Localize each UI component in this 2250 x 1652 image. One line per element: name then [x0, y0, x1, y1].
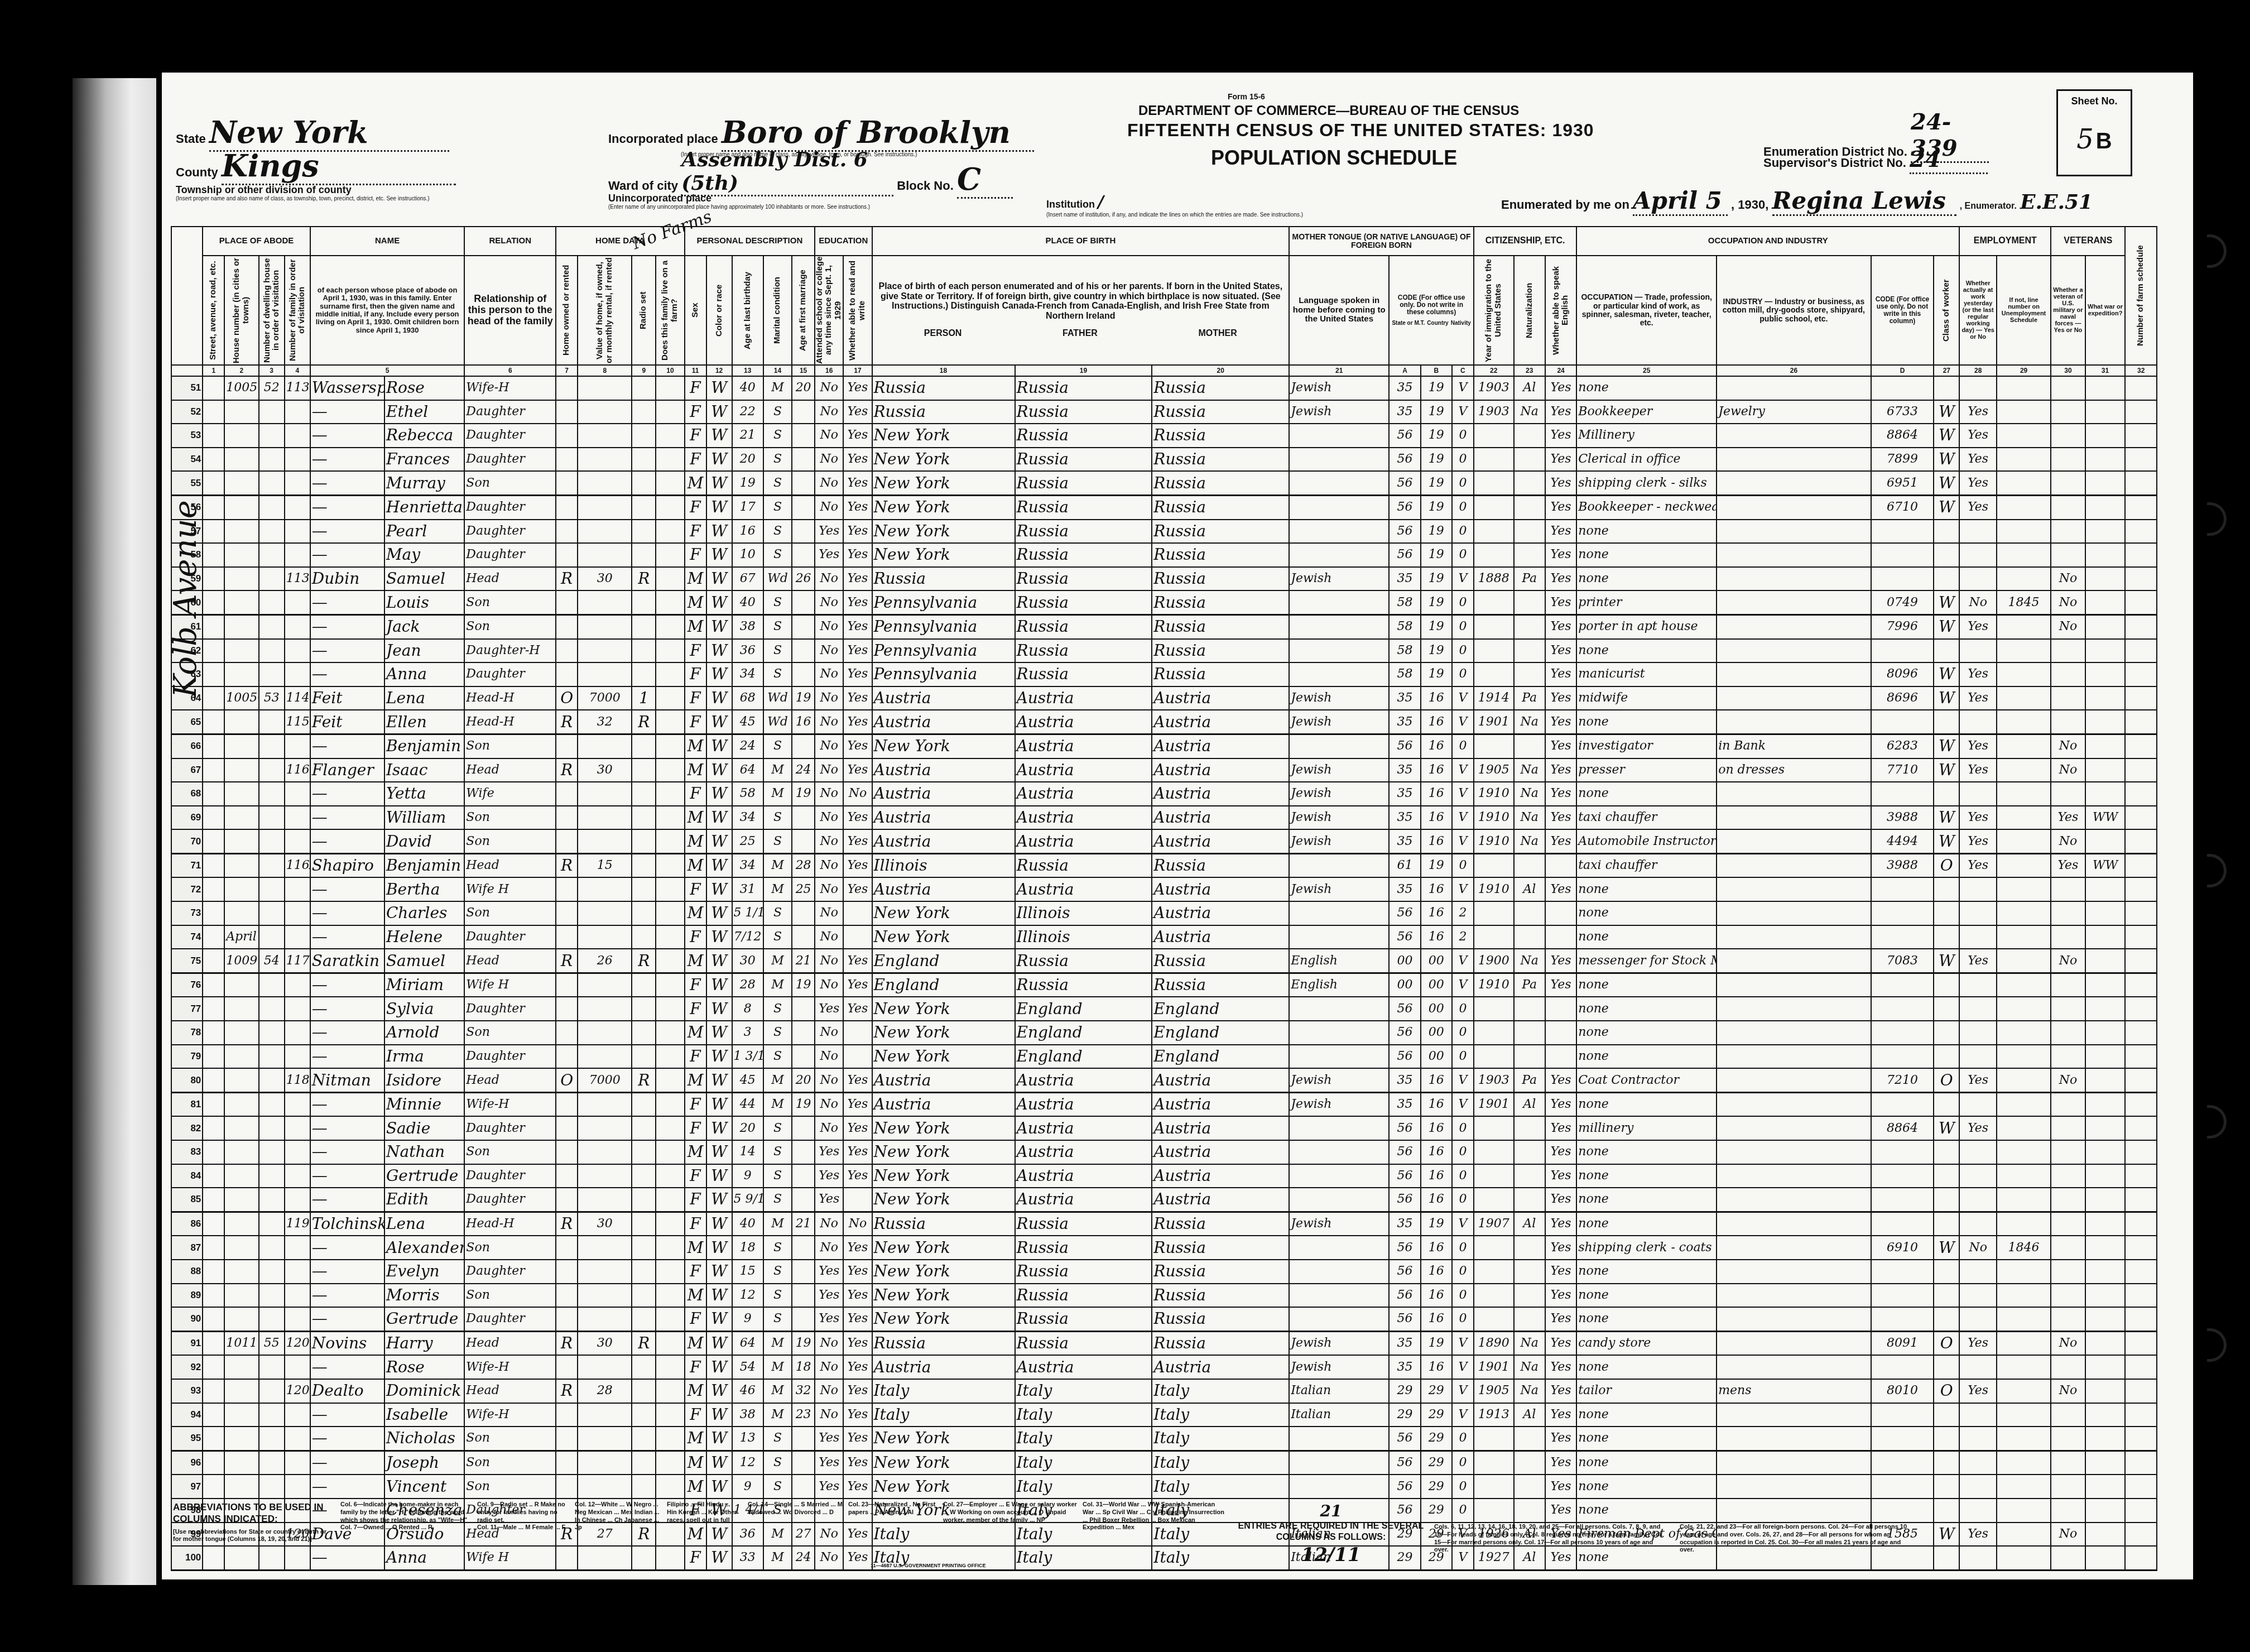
cell-occupation: manicurist — [1576, 662, 1717, 686]
cell-read: No — [843, 782, 872, 806]
cell-occupation: none — [1576, 1021, 1717, 1045]
cell-read: Yes — [843, 734, 872, 758]
cell-english: Yes — [1545, 567, 1576, 591]
cell-nat — [1514, 925, 1545, 949]
cell-language — [1289, 614, 1389, 638]
cell-farm-schedule — [2125, 448, 2157, 472]
cell-surname: Dubin — [310, 567, 384, 591]
cell-occupation: none — [1576, 782, 1717, 806]
cell-sex: M — [685, 949, 706, 973]
cell-dwelling — [259, 590, 285, 614]
cell-code-c: V — [1452, 1403, 1474, 1427]
cell-given: Charles — [384, 901, 464, 925]
cell-code-b: 19 — [1421, 520, 1452, 544]
cell-code-b: 16 — [1421, 734, 1452, 758]
cell-immig — [1474, 1236, 1514, 1260]
cell-read: Yes — [843, 543, 872, 567]
enumeration-date: April 5 — [1633, 187, 1728, 216]
line-number: 79 — [171, 1045, 203, 1069]
cell-age: 54 — [732, 1355, 763, 1379]
state-value: New York — [209, 114, 449, 152]
cell-unemp — [1997, 877, 2051, 901]
cell-code-c: V — [1452, 400, 1474, 424]
cell-family — [285, 1188, 310, 1212]
cell-age: 17 — [732, 495, 763, 519]
occupation-header: OCCUPATION — Trade, profession, or parti… — [1576, 256, 1717, 365]
cell-age-marr — [792, 1307, 815, 1331]
cell-bp: New York — [872, 997, 1015, 1021]
cell-farm — [656, 949, 684, 973]
cell-value — [578, 448, 632, 472]
table-row: 66—BenjaminSonMW24SNoYesNew YorkAustriaA… — [171, 734, 2157, 758]
unincorporated-field: Unincorporated place (Enter name of any … — [608, 193, 1038, 210]
cell-vet — [2051, 1021, 2085, 1045]
cell-unemp — [1997, 1403, 2051, 1427]
cell-occupation: none — [1576, 1212, 1717, 1236]
cell-immig: 1907 — [1474, 1212, 1514, 1236]
cell-school: No — [815, 400, 843, 424]
cell-race: W — [706, 925, 732, 949]
cell-language — [1289, 1307, 1389, 1331]
line-number: 85 — [171, 1188, 203, 1212]
cell-immig — [1474, 1140, 1514, 1164]
cell-given: Jack — [384, 614, 464, 638]
cell-industry — [1717, 662, 1871, 686]
cell-relation: Son — [464, 1284, 556, 1308]
cell-surname: — — [310, 520, 384, 544]
cell-vet — [2051, 1475, 2085, 1499]
cell-surname: Shapiro — [310, 853, 384, 877]
cell-occupation: none — [1576, 1284, 1717, 1308]
column-number: 2 — [224, 365, 258, 376]
cell-class — [1934, 1284, 1959, 1308]
cell-age: 5 1/12 — [732, 901, 763, 925]
cell-age: 7/12 — [732, 925, 763, 949]
cell-radio — [632, 471, 656, 495]
cell-age: 8 — [732, 997, 763, 1021]
cell-occupation: porter in apt house — [1576, 614, 1717, 638]
cell-age: 22 — [732, 400, 763, 424]
cell-class — [1934, 1021, 1959, 1045]
cell-value — [578, 1021, 632, 1045]
cell-occ-code — [1871, 543, 1934, 567]
cell-given: Nathan — [384, 1140, 464, 1164]
cell-house — [224, 662, 258, 686]
cell-value — [578, 997, 632, 1021]
cell-bp-father: Austria — [1015, 1164, 1152, 1188]
cell-class — [1934, 877, 1959, 901]
cell-english — [1545, 1021, 1576, 1045]
cell-family — [285, 662, 310, 686]
cell-radio — [632, 1260, 656, 1284]
cell-bp-mother: Russia — [1152, 567, 1289, 591]
cell-farm — [656, 901, 684, 925]
cell-family — [285, 877, 310, 901]
cell-nat — [1514, 614, 1545, 638]
cell-language: Jewish — [1289, 806, 1389, 830]
cell-house — [224, 1379, 258, 1403]
cell-vet — [2051, 1427, 2085, 1451]
cell-code-b: 19 — [1421, 471, 1452, 495]
table-row: 75100954117SaratkinSamuelHeadR26RMW30M21… — [171, 949, 2157, 973]
cell-code-b: 19 — [1421, 614, 1452, 638]
cell-code-c: V — [1452, 376, 1474, 400]
cell-race: W — [706, 734, 732, 758]
cell-school: Yes — [815, 997, 843, 1021]
cell-industry — [1717, 1092, 1871, 1116]
cell-relation: Daughter-H — [464, 639, 556, 663]
binder-hole — [2207, 1105, 2227, 1139]
cell-immig: 1910 — [1474, 829, 1514, 853]
cell-marital: S — [763, 1451, 792, 1475]
cell-family — [285, 448, 310, 472]
cell-sex: F — [685, 1260, 706, 1284]
name-header: NAME — [310, 227, 465, 256]
cell-class — [1934, 901, 1959, 925]
cell-immig — [1474, 997, 1514, 1021]
line-number: 52 — [171, 400, 203, 424]
table-row: 85—EdithDaughterFW5 9/12SYesNew YorkAust… — [171, 1188, 2157, 1212]
cell-unemp — [1997, 949, 2051, 973]
cell-farm-schedule — [2125, 686, 2157, 710]
form-department: DEPARTMENT OF COMMERCE—BUREAU OF THE CEN… — [1138, 103, 1519, 119]
relation-description: Relationship of this person to the head … — [464, 256, 556, 365]
cell-code-a: 56 — [1389, 424, 1420, 448]
cell-house — [224, 567, 258, 591]
cell-code-b: 19 — [1421, 424, 1452, 448]
cell-farm-schedule — [2125, 1331, 2157, 1355]
line-number: 74 — [171, 925, 203, 949]
cell-industry — [1717, 1164, 1871, 1188]
supervisor-district-value: 24 — [1910, 146, 1988, 174]
cell-war — [2085, 1427, 2126, 1451]
cell-code-a: 56 — [1389, 1475, 1420, 1499]
cell-read: Yes — [843, 1331, 872, 1355]
cell-street — [203, 376, 224, 400]
cell-english: Yes — [1545, 1116, 1576, 1140]
cell-relation: Son — [464, 1140, 556, 1164]
cell-code-b: 16 — [1421, 1068, 1452, 1092]
cell-owned — [556, 1045, 578, 1069]
cell-nat — [1514, 1188, 1545, 1212]
cell-language: Italian — [1289, 1379, 1389, 1403]
cell-nat — [1514, 1307, 1545, 1331]
cell-industry — [1717, 1427, 1871, 1451]
cell-farm-schedule — [2125, 758, 2157, 782]
cell-given: Sadie — [384, 1116, 464, 1140]
cell-street — [203, 1188, 224, 1212]
cell-vet — [2051, 1164, 2085, 1188]
cell-code-c: V — [1452, 686, 1474, 710]
cell-vet — [2051, 1092, 2085, 1116]
cell-english: Yes — [1545, 973, 1576, 997]
cell-owned: R — [556, 758, 578, 782]
cell-class — [1934, 1427, 1959, 1451]
cell-radio — [632, 758, 656, 782]
cell-surname: — — [310, 639, 384, 663]
cell-industry — [1717, 901, 1871, 925]
cell-war — [2085, 543, 2126, 567]
table-row: 51100552113WasserspringRoseWife-HFW40M20… — [171, 376, 2157, 400]
cell-surname: — — [310, 1092, 384, 1116]
cell-owned — [556, 471, 578, 495]
cell-age-marr: 32 — [792, 1379, 815, 1403]
cell-marital: S — [763, 1427, 792, 1451]
cell-bp: New York — [872, 1164, 1015, 1188]
cell-marital: M — [763, 1068, 792, 1092]
cell-value — [578, 782, 632, 806]
cell-code-c: 0 — [1452, 1260, 1474, 1284]
farm-header: Does this family live on a farm? — [656, 256, 684, 365]
cell-race: W — [706, 543, 732, 567]
cell-read: Yes — [843, 1236, 872, 1260]
cell-age-marr — [792, 1116, 815, 1140]
cell-farm — [656, 1068, 684, 1092]
cell-radio — [632, 1116, 656, 1140]
cell-bp-mother: Austria — [1152, 806, 1289, 830]
binder-hole — [2207, 1328, 2227, 1362]
institution-field: Institution / (Insert name of institutio… — [1046, 193, 1549, 218]
cell-owned — [556, 448, 578, 472]
cell-owned — [556, 1427, 578, 1451]
cell-owned — [556, 782, 578, 806]
cell-industry — [1717, 1212, 1871, 1236]
cell-street — [203, 782, 224, 806]
cell-marital: M — [763, 1331, 792, 1355]
cell-code-c: V — [1452, 829, 1474, 853]
cell-code-c: 0 — [1452, 734, 1474, 758]
table-row: 61—JackSonMW38SNoYesPennsylvaniaRussiaRu… — [171, 614, 2157, 638]
cell-school: No — [815, 758, 843, 782]
table-row: 79—IrmaDaughterFW1 3/12SNoNew YorkEnglan… — [171, 1045, 2157, 1069]
cell-relation: Head — [464, 567, 556, 591]
cell-street — [203, 686, 224, 710]
cell-war — [2085, 1068, 2126, 1092]
cell-radio — [632, 925, 656, 949]
cell-code-c: 0 — [1452, 1236, 1474, 1260]
cell-age: 31 — [732, 877, 763, 901]
cell-street — [203, 1331, 224, 1355]
cell-marital: S — [763, 1164, 792, 1188]
cell-code-c: V — [1452, 710, 1474, 734]
cell-code-b: 19 — [1421, 495, 1452, 519]
cell-english: Yes — [1545, 1068, 1576, 1092]
cell-vet — [2051, 376, 2085, 400]
cell-marital: M — [763, 1379, 792, 1403]
cell-at-work: Yes — [1959, 1116, 1997, 1140]
cell-at-work — [1959, 997, 1997, 1021]
cell-read: Yes — [843, 400, 872, 424]
cell-immig: 1910 — [1474, 973, 1514, 997]
cell-unemp — [1997, 686, 2051, 710]
cell-vet: No — [2051, 829, 2085, 853]
cell-code-a: 56 — [1389, 1116, 1420, 1140]
line-number: 70 — [171, 829, 203, 853]
cell-war — [2085, 782, 2126, 806]
cell-nat — [1514, 639, 1545, 663]
cell-race: W — [706, 806, 732, 830]
cell-bp-mother: Russia — [1152, 543, 1289, 567]
cell-age-marr — [792, 614, 815, 638]
cell-unemp — [1997, 925, 2051, 949]
cell-farm-schedule — [2125, 1475, 2157, 1499]
cell-code-a: 56 — [1389, 1021, 1420, 1045]
cell-school: Yes — [815, 543, 843, 567]
cell-farm-schedule — [2125, 590, 2157, 614]
cell-at-work: Yes — [1959, 662, 1997, 686]
cell-value — [578, 543, 632, 567]
cell-code-b: 29 — [1421, 1403, 1452, 1427]
cell-english: Yes — [1545, 1451, 1576, 1475]
cell-owned — [556, 1307, 578, 1331]
cell-occupation: candy store — [1576, 1331, 1717, 1355]
cell-english: Yes — [1545, 1475, 1576, 1499]
sheet-side: B — [2096, 129, 2112, 153]
cell-immig: 1905 — [1474, 758, 1514, 782]
cell-read: Yes — [843, 639, 872, 663]
cell-bp: Italy — [872, 1403, 1015, 1427]
cell-bp-mother: Russia — [1152, 949, 1289, 973]
cell-farm-schedule — [2125, 1164, 2157, 1188]
cell-code-c: 0 — [1452, 1284, 1474, 1308]
column-number: A — [1389, 365, 1420, 376]
cell-class: O — [1934, 1331, 1959, 1355]
cell-code-c: V — [1452, 973, 1474, 997]
cell-occ-code — [1871, 1188, 1934, 1212]
cell-bp: New York — [872, 734, 1015, 758]
cell-vet — [2051, 495, 2085, 519]
cell-code-b: 29 — [1421, 1475, 1452, 1499]
cell-marital: S — [763, 1307, 792, 1331]
cell-age: 46 — [732, 1379, 763, 1403]
cell-given: Louis — [384, 590, 464, 614]
cell-war — [2085, 1092, 2126, 1116]
column-number: 24 — [1545, 365, 1576, 376]
cell-marital: S — [763, 1236, 792, 1260]
cell-class — [1934, 1475, 1959, 1499]
cell-house — [224, 1164, 258, 1188]
cell-code-a: 56 — [1389, 1045, 1420, 1069]
cell-bp-mother: Austria — [1152, 901, 1289, 925]
cell-age: 12 — [732, 1284, 763, 1308]
cell-industry — [1717, 1355, 1871, 1379]
cell-immig: 1901 — [1474, 1092, 1514, 1116]
cell-immig — [1474, 925, 1514, 949]
table-row: 81—MinnieWife-HFW44M19NoYesAustriaAustri… — [171, 1092, 2157, 1116]
cell-marital: S — [763, 520, 792, 544]
table-row: 65115FeitEllenHead-HR32RFW45Wd16NoYesAus… — [171, 710, 2157, 734]
line-number-header — [171, 227, 203, 365]
cell-language: Jewish — [1289, 877, 1389, 901]
cell-school: Yes — [815, 1307, 843, 1331]
cell-occupation: taxi chauffer — [1576, 853, 1717, 877]
cell-age: 12 — [732, 1451, 763, 1475]
cell-relation: Daughter — [464, 997, 556, 1021]
cell-occ-code — [1871, 376, 1934, 400]
cell-industry: on dresses — [1717, 758, 1871, 782]
cell-surname: Nitman — [310, 1068, 384, 1092]
cell-given: Alexander — [384, 1236, 464, 1260]
war-header: What war or expedition? — [2085, 256, 2126, 365]
cell-farm — [656, 1331, 684, 1355]
cell-class — [1934, 782, 1959, 806]
cell-family — [285, 471, 310, 495]
cell-value — [578, 1284, 632, 1308]
cell-occupation: none — [1576, 1475, 1717, 1499]
cell-war — [2085, 567, 2126, 591]
cell-vet — [2051, 1140, 2085, 1164]
cell-owned — [556, 590, 578, 614]
cell-relation: Daughter — [464, 1188, 556, 1212]
cell-code-a: 56 — [1389, 520, 1420, 544]
cell-sex: M — [685, 1236, 706, 1260]
cell-class — [1934, 710, 1959, 734]
cell-occupation: none — [1576, 1355, 1717, 1379]
cell-race: W — [706, 853, 732, 877]
cell-sex: F — [685, 973, 706, 997]
cell-war — [2085, 1236, 2126, 1260]
cell-farm-schedule — [2125, 1379, 2157, 1403]
cell-farm-schedule — [2125, 1284, 2157, 1308]
cell-age-marr — [792, 1188, 815, 1212]
cell-occ-code: 7210 — [1871, 1068, 1934, 1092]
cell-code-a: 35 — [1389, 567, 1420, 591]
cell-sex: M — [685, 1140, 706, 1164]
cell-class — [1934, 1164, 1959, 1188]
table-row: 57—PearlDaughterFW16SYesYesNew YorkRussi… — [171, 520, 2157, 544]
cell-code-b: 16 — [1421, 901, 1452, 925]
cell-house — [224, 543, 258, 567]
cell-english: Yes — [1545, 1188, 1576, 1212]
cell-given: Isaac — [384, 758, 464, 782]
line-number: 54 — [171, 448, 203, 472]
cell-family — [285, 1355, 310, 1379]
cell-street — [203, 1021, 224, 1045]
cell-sex: M — [685, 1379, 706, 1403]
cell-bp-mother: Russia — [1152, 590, 1289, 614]
cell-marital: S — [763, 424, 792, 448]
cell-race: W — [706, 471, 732, 495]
cell-house — [224, 495, 258, 519]
cell-class: W — [1934, 686, 1959, 710]
cell-immig — [1474, 495, 1514, 519]
cell-surname: — — [310, 1164, 384, 1188]
cell-code-b: 16 — [1421, 877, 1452, 901]
cell-code-a: 58 — [1389, 614, 1420, 638]
cell-bp-mother: Italy — [1152, 1451, 1289, 1475]
cell-read: Yes — [843, 806, 872, 830]
cell-school: Yes — [815, 1284, 843, 1308]
cell-dwelling — [259, 806, 285, 830]
cell-occupation: none — [1576, 1045, 1717, 1069]
enumerator-name: Regina Lewis — [1772, 187, 1956, 216]
cell-immig: 1910 — [1474, 806, 1514, 830]
cell-given: Irma — [384, 1045, 464, 1069]
cell-age-marr: 26 — [792, 567, 815, 591]
cell-dwelling — [259, 925, 285, 949]
cell-surname: — — [310, 543, 384, 567]
cell-street — [203, 1068, 224, 1092]
personal-description-header: PERSONAL DESCRIPTION — [685, 227, 815, 256]
cell-owned — [556, 400, 578, 424]
cell-bp: New York — [872, 1307, 1015, 1331]
cell-school: No — [815, 877, 843, 901]
cell-bp-mother: Russia — [1152, 853, 1289, 877]
cell-age-marr — [792, 424, 815, 448]
abbreviations-legend: ABBREVIATIONS TO BE USED IN COLUMNS INDI… — [173, 1501, 335, 1544]
cell-family — [285, 520, 310, 544]
cell-english: Yes — [1545, 1140, 1576, 1164]
